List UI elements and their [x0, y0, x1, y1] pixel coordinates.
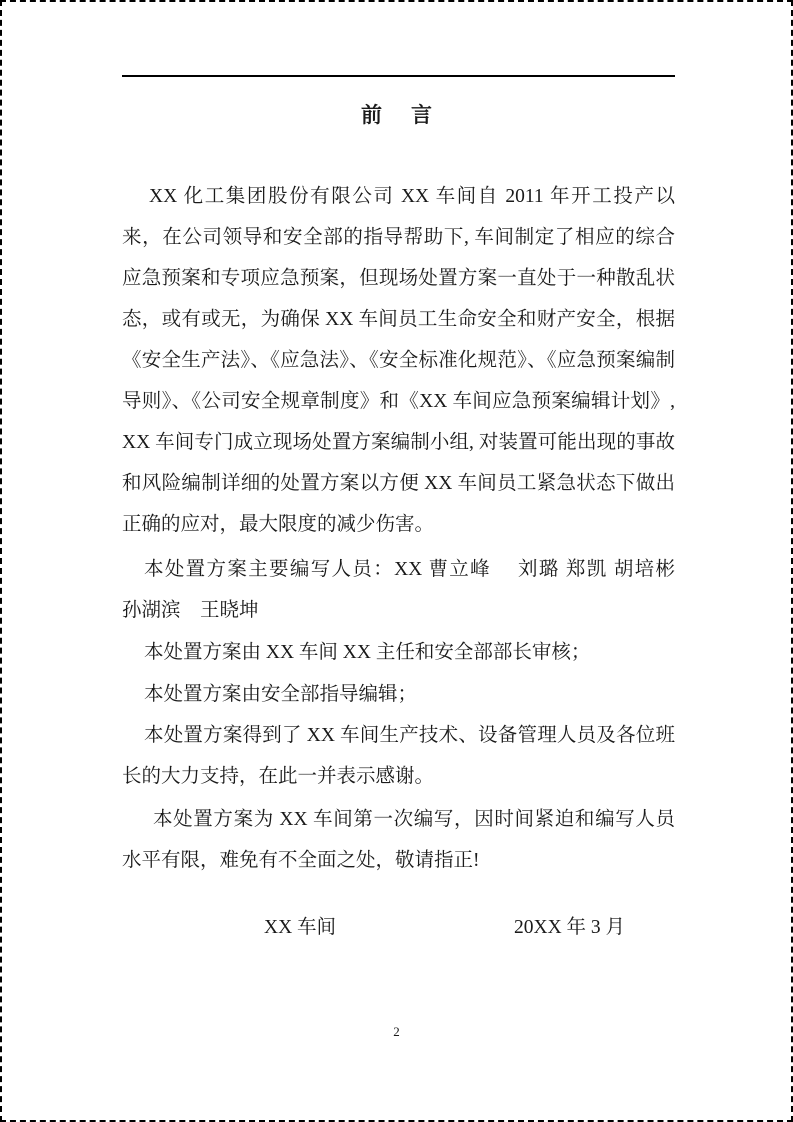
page-title: 前 言 — [122, 102, 675, 129]
page-number: 2 — [2, 1024, 791, 1040]
paragraph-guidance: 本处置方案由安全部指导编辑； — [122, 674, 675, 715]
header-divider — [122, 75, 675, 77]
signature-date: 20XX 年 3 月 — [514, 907, 625, 948]
paragraph-acknowledgement: 本处置方案得到了 XX 车间生产技术、设备管理人员及各位班长的大力支持，在此一并… — [122, 715, 675, 797]
document-body: XX 化工集团股份有限公司 XX 车间自 2011 年开工投产以来，在公司领导和… — [122, 176, 675, 948]
paragraph-introduction: XX 化工集团股份有限公司 XX 车间自 2011 年开工投产以来，在公司领导和… — [122, 176, 675, 545]
paragraph-disclaimer: 本处置方案为 XX 车间第一次编写，因时间紧迫和编写人员水平有限，难免有不全面之… — [122, 799, 675, 881]
signature-department: XX 车间 — [264, 907, 336, 948]
signature-row: XX 车间 20XX 年 3 月 — [122, 907, 675, 948]
paragraph-reviewers: 本处置方案由 XX 车间 XX 主任和安全部部长审核； — [122, 632, 675, 673]
paragraph-authors: 本处置方案主要编写人员：XX 曹立峰 刘璐 郑凯 胡培彬 孙湖滨 王晓坤 — [122, 549, 675, 631]
document-page: 前 言 XX 化工集团股份有限公司 XX 车间自 2011 年开工投产以来，在公… — [0, 0, 793, 1122]
